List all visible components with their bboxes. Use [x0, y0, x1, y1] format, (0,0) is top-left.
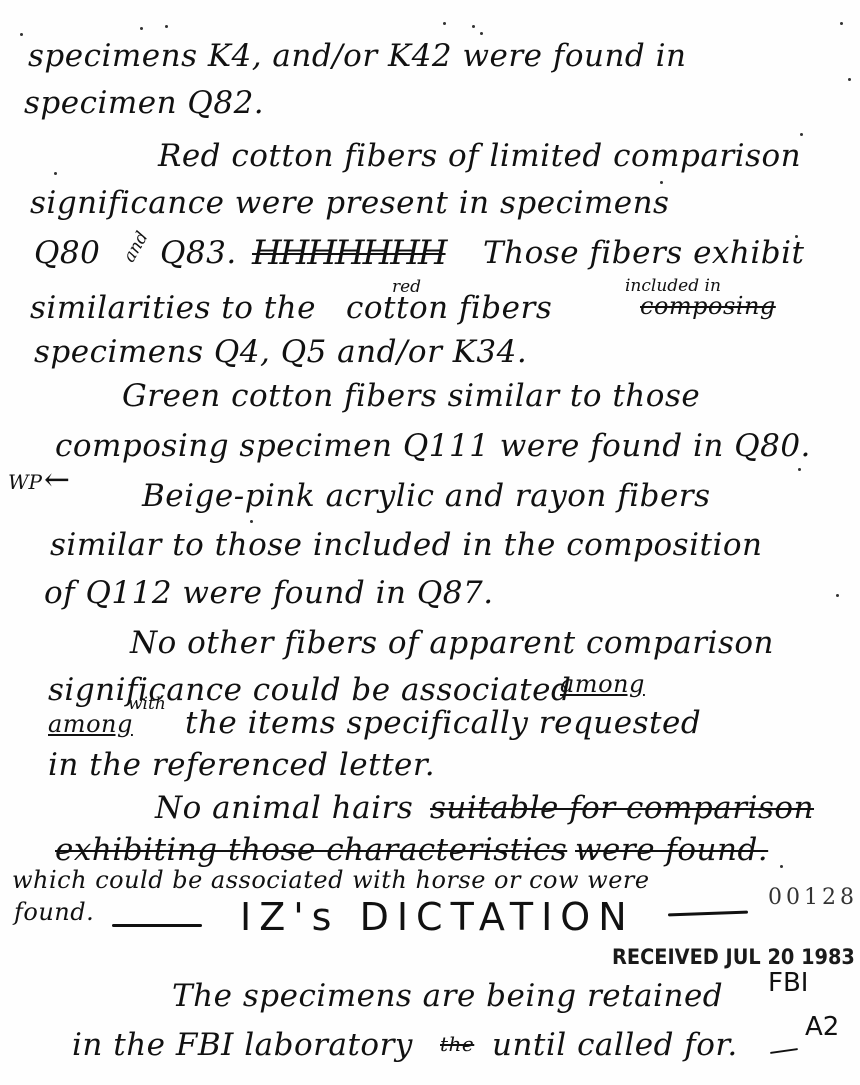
handwritten-line: Those fibers exhibit — [483, 235, 805, 271]
received-stamp: RECEIVED JUL 20 1983 — [612, 945, 855, 969]
scan-speck — [472, 25, 475, 28]
scan-speck — [840, 22, 843, 25]
scan-speck — [140, 27, 143, 30]
heading-rule-left — [112, 924, 202, 927]
handwritten-line: specimen Q82. — [24, 85, 264, 121]
handwritten-line: of Q112 were found in Q87. — [44, 575, 494, 611]
handwritten-line: significance were present in specimens — [30, 185, 669, 221]
dictation-heading: IZ's DICTATION — [240, 895, 635, 939]
handwritten-line: Beige-pink acrylic and rayon fibers — [142, 478, 711, 514]
handwritten-line: were found. — [575, 832, 768, 868]
scan-speck — [480, 32, 483, 35]
scan-speck — [780, 865, 783, 868]
handwritten-line: Q80 — [34, 235, 100, 271]
corner-mark: A2 — [805, 1012, 839, 1042]
handwritten-line: the items specifically requested — [185, 705, 701, 741]
handwritten-line: in the FBI laboratory — [72, 1027, 413, 1063]
stamp-agency: FBI — [768, 968, 808, 998]
heading-rule-right — [668, 911, 748, 917]
handwritten-line: significance could be associated — [48, 672, 571, 708]
struck-word-composing: composing — [640, 292, 776, 320]
margin-note: WP — [8, 470, 42, 494]
scan-speck — [20, 33, 23, 36]
handwritten-line: No animal hairs — [155, 790, 413, 826]
handwritten-line: specimens K4, and/or K42 were found in — [28, 38, 687, 74]
insertion-and: and — [119, 228, 152, 266]
corner-tick — [770, 1048, 798, 1054]
handwritten-line: Red cotton fibers of limited comparison — [158, 138, 801, 174]
scan-speck — [660, 181, 663, 184]
handwritten-line: found. — [14, 898, 94, 926]
handwritten-line: The specimens are being retained — [172, 978, 723, 1014]
scan-speck — [800, 133, 803, 136]
scan-speck — [54, 172, 57, 175]
handwritten-line: similar to those included in the composi… — [50, 527, 763, 563]
handwritten-line: until called for. — [492, 1027, 738, 1063]
scan-speck — [836, 594, 839, 597]
handwritten-line: No other fibers of apparent comparison — [130, 625, 774, 661]
struck-word: the — [440, 1032, 474, 1056]
scan-speck — [848, 78, 851, 81]
scan-speck — [443, 22, 446, 25]
handwritten-line: similarities to the — [30, 290, 316, 326]
struck-word-among: among — [48, 710, 133, 738]
handwritten-line: Q83. — [160, 235, 237, 271]
struck-tally-marks: HHHHHHH — [252, 233, 446, 273]
handwritten-line: in the referenced letter. — [48, 747, 435, 783]
struck-word-among: among — [560, 670, 645, 698]
handwritten-line: Green cotton fibers similar to those — [122, 378, 700, 414]
handwritten-line: which could be associated with horse or … — [12, 866, 650, 894]
handwritten-line: cotton fibers — [346, 290, 552, 326]
insertion-with: with — [128, 694, 166, 714]
serial-number: 00128 — [768, 885, 858, 910]
margin-arrow-icon: ← — [44, 462, 70, 498]
struck-phrase-suitable: suitable for comparison — [430, 790, 814, 826]
scan-speck — [250, 520, 253, 523]
document-page: specimens K4, and/or K42 were found in s… — [0, 0, 860, 1085]
scan-speck — [798, 468, 801, 471]
struck-phrase-exhibiting: exhibiting those characteristics — [55, 832, 567, 868]
scan-speck — [165, 25, 168, 28]
handwritten-line: specimens Q4, Q5 and/or K34. — [34, 334, 527, 370]
handwritten-line: composing specimen Q111 were found in Q8… — [55, 428, 811, 464]
